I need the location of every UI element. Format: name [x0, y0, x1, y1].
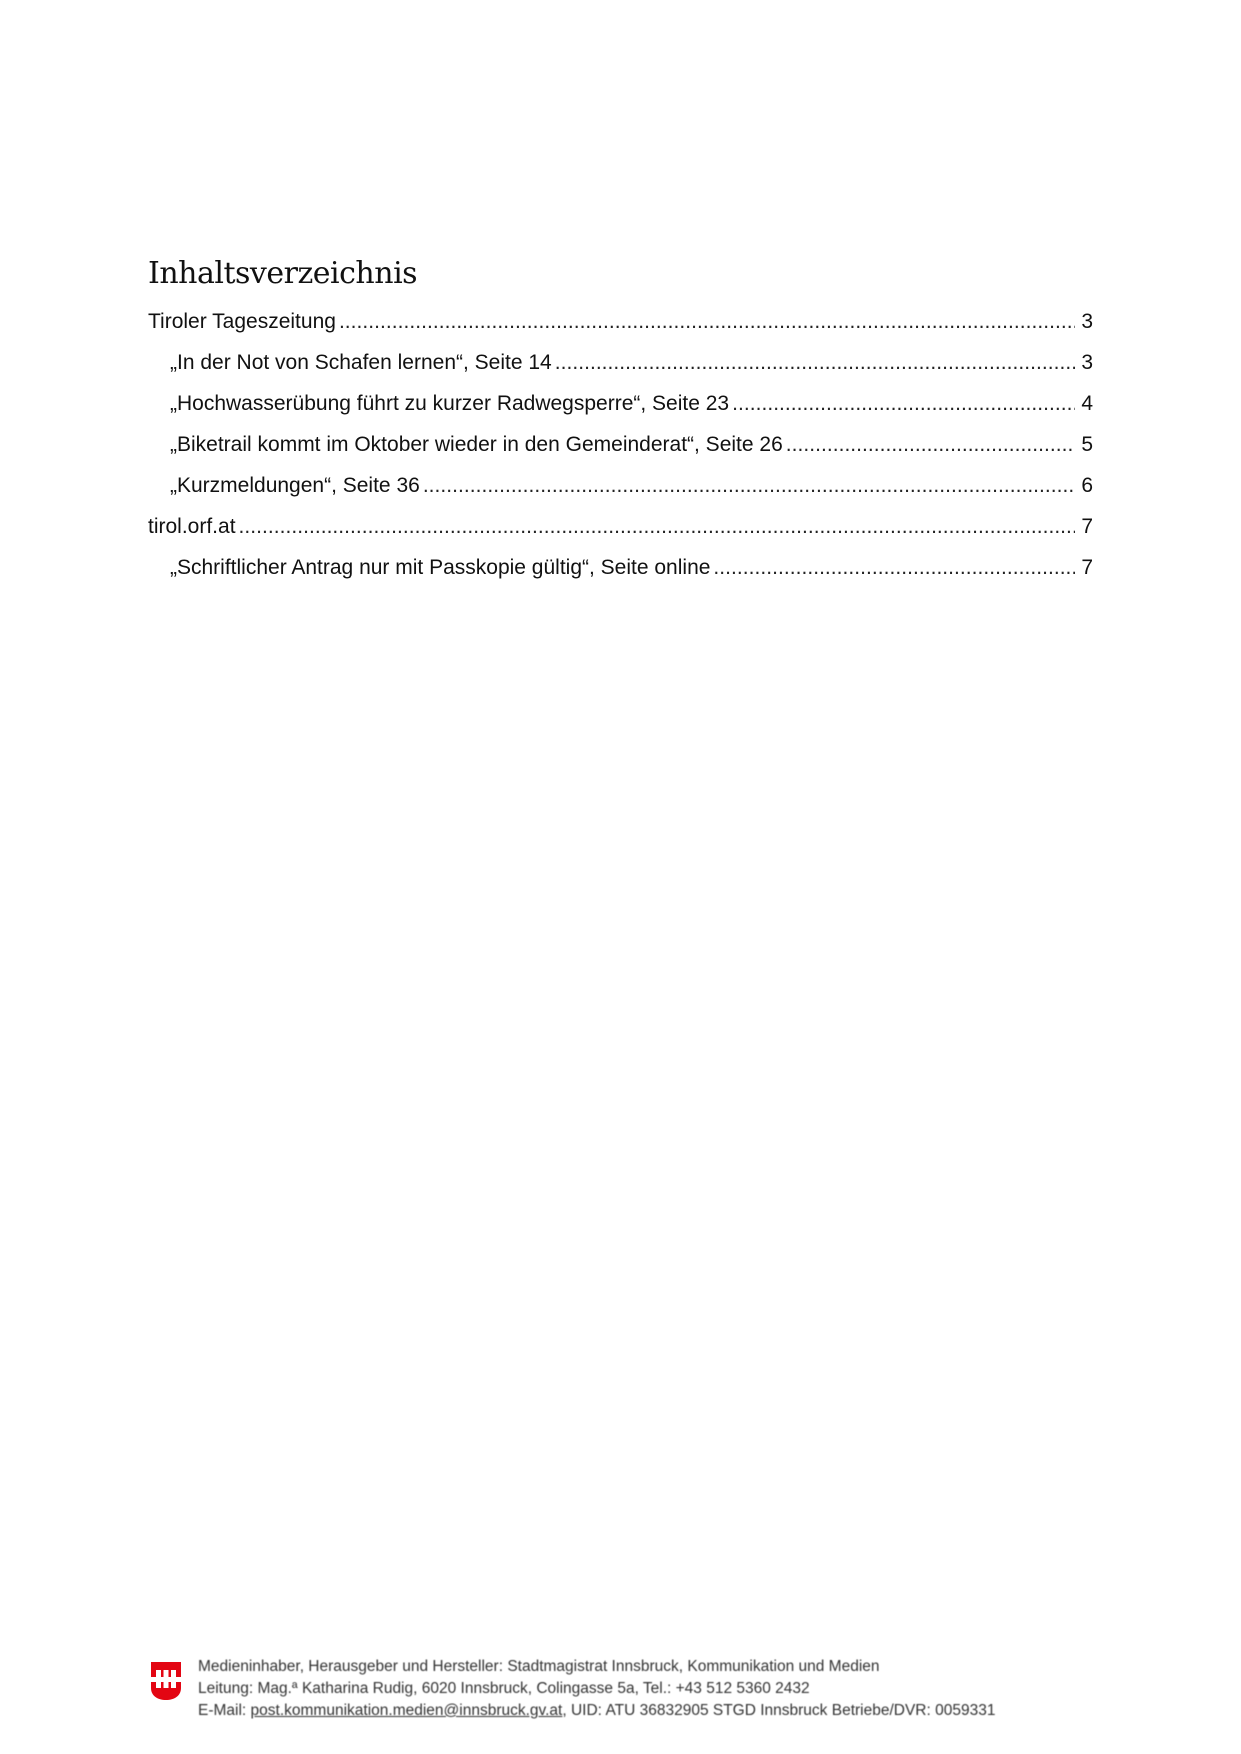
- toc-entry-label: „Hochwasserübung führt zu kurzer Radwegs…: [170, 388, 729, 420]
- innsbruck-city-logo-icon: [150, 1660, 182, 1702]
- table-of-contents: Tiroler Tageszeitung 3 „In der Not von S…: [148, 306, 1093, 593]
- toc-leader-dots: [239, 511, 1075, 543]
- toc-entry[interactable]: „Hochwasserübung führt zu kurzer Radwegs…: [148, 388, 1093, 429]
- toc-leader-dots: [555, 347, 1075, 379]
- toc-entry[interactable]: „In der Not von Schafen lernen“, Seite 1…: [148, 347, 1093, 388]
- toc-leader-dots: [339, 306, 1075, 338]
- toc-entry[interactable]: „Biketrail kommt im Oktober wieder in de…: [148, 429, 1093, 470]
- toc-leader-dots: [732, 388, 1075, 420]
- page-footer: Medieninhaber, Herausgeber und Herstelle…: [150, 1656, 1110, 1722]
- toc-entry-page: 7: [1079, 511, 1093, 543]
- footer-line-publisher: Medieninhaber, Herausgeber und Herstelle…: [198, 1656, 995, 1678]
- toc-entry[interactable]: „Kurzmeldungen“, Seite 36 6: [148, 470, 1093, 511]
- toc-title: Inhaltsverzeichnis: [148, 256, 417, 291]
- toc-entry-label: „In der Not von Schafen lernen“, Seite 1…: [170, 347, 552, 379]
- toc-entry[interactable]: tirol.orf.at 7: [148, 511, 1093, 552]
- toc-entry[interactable]: Tiroler Tageszeitung 3: [148, 306, 1093, 347]
- toc-entry-label: „Schriftlicher Antrag nur mit Passkopie …: [170, 552, 710, 584]
- toc-entry-label: „Biketrail kommt im Oktober wieder in de…: [170, 429, 783, 461]
- toc-entry-page: 3: [1079, 347, 1093, 379]
- toc-entry-page: 3: [1079, 306, 1093, 338]
- toc-leader-dots: [786, 429, 1075, 461]
- email-label: E-Mail:: [198, 1702, 251, 1719]
- toc-entry-label: tirol.orf.at: [148, 511, 236, 543]
- footer-line-management: Leitung: Mag.ª Katharina Rudig, 6020 Inn…: [198, 1678, 995, 1700]
- toc-leader-dots: [713, 552, 1075, 584]
- toc-entry-page: 5: [1079, 429, 1093, 461]
- toc-leader-dots: [423, 470, 1075, 502]
- toc-entry-label: Tiroler Tageszeitung: [148, 306, 336, 338]
- toc-entry-page: 7: [1079, 552, 1093, 584]
- toc-entry-label: „Kurzmeldungen“, Seite 36: [170, 470, 420, 502]
- document-page: Inhaltsverzeichnis Tiroler Tageszeitung …: [0, 0, 1241, 1754]
- uid-dvr-text: , UID: ATU 36832905 STGD Innsbruck Betri…: [562, 1702, 995, 1719]
- footer-imprint: Medieninhaber, Herausgeber und Herstelle…: [198, 1656, 995, 1722]
- toc-entry[interactable]: „Schriftlicher Antrag nur mit Passkopie …: [148, 552, 1093, 593]
- footer-line-contact: E-Mail: post.kommunikation.medien@innsbr…: [198, 1700, 995, 1722]
- toc-entry-page: 6: [1079, 470, 1093, 502]
- toc-entry-page: 4: [1079, 388, 1093, 420]
- email-link[interactable]: post.kommunikation.medien@innsbruck.gv.a…: [251, 1702, 563, 1719]
